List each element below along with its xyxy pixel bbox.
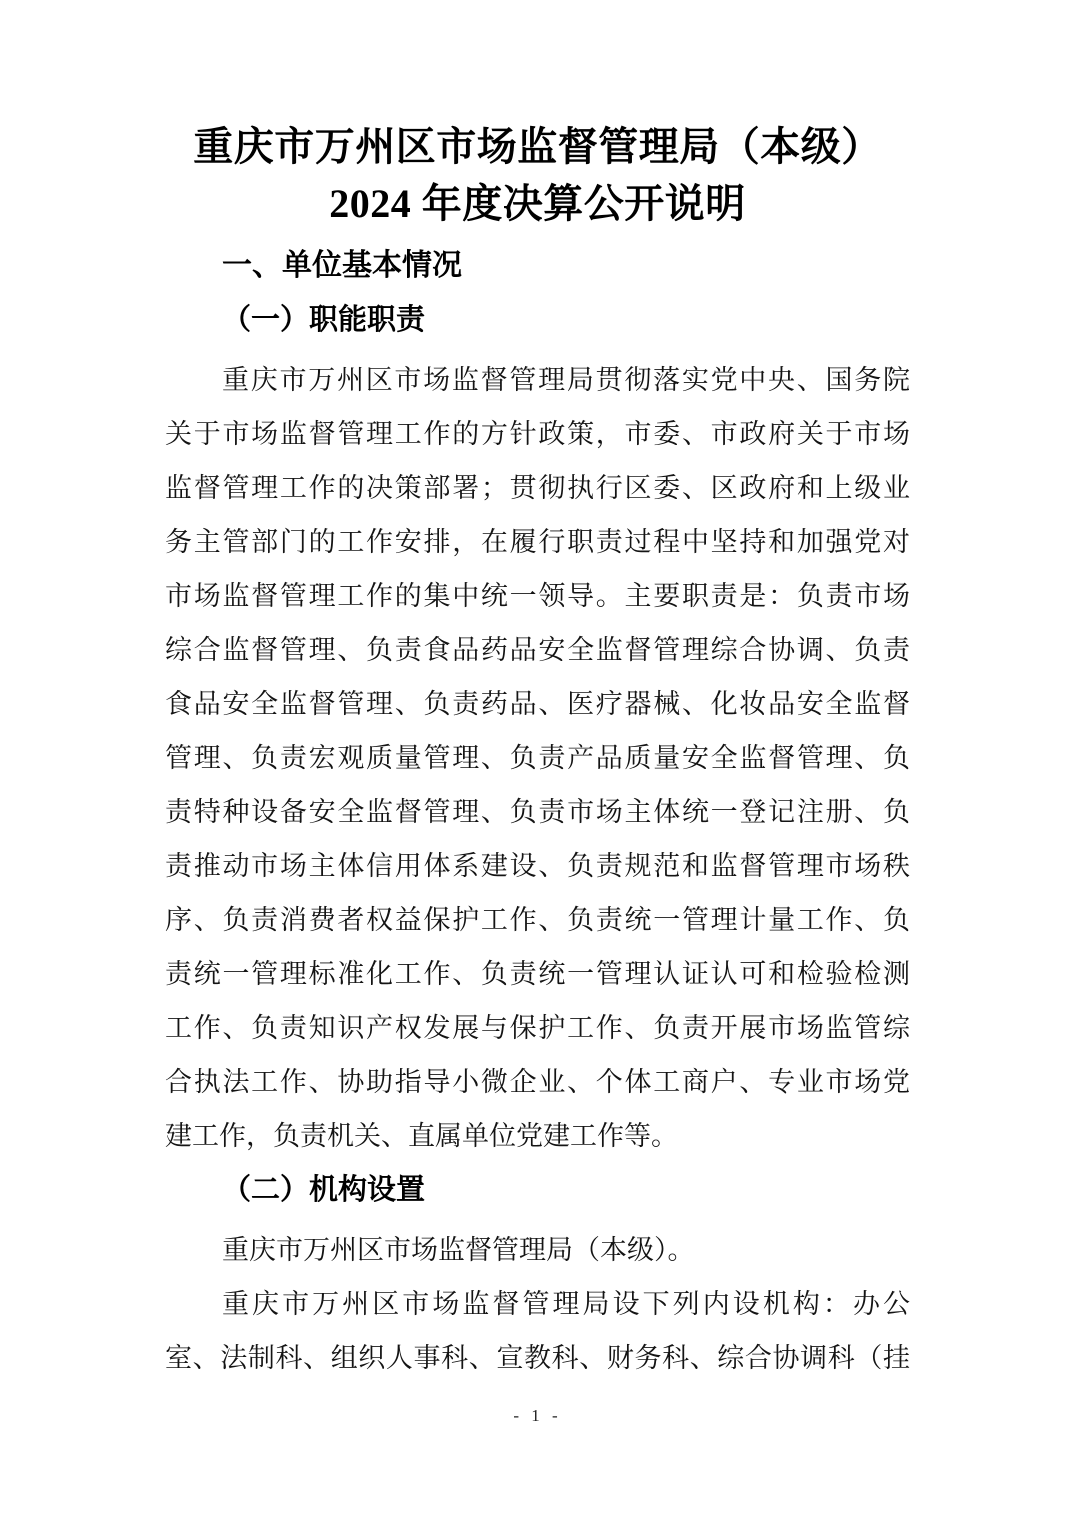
- text-line: 重庆市万州区市场监督管理局设下列内设机构：办公: [165, 1277, 910, 1331]
- text-line: 合执法工作、协助指导小微企业、个体工商户、专业市场党: [165, 1055, 910, 1109]
- document-title-line2: 2024 年度决算公开说明: [165, 175, 910, 232]
- text-line: 建工作，负责机关、直属单位党建工作等。: [165, 1109, 910, 1163]
- text-line: 责特种设备安全监督管理、负责市场主体统一登记注册、负: [165, 785, 910, 839]
- text-line: 室、法制科、组织人事科、宣教科、财务科、综合协调科（挂: [165, 1331, 910, 1385]
- section-heading: 一、单位基本情况: [165, 239, 910, 293]
- subsection-heading: （一）职能职责: [165, 293, 910, 347]
- page-number: - 1 -: [0, 1406, 1075, 1426]
- document-page: 重庆市万州区市场监督管理局（本级） 2024 年度决算公开说明 一、单位基本情况…: [0, 0, 1075, 1520]
- paragraph: 重庆市万州区市场监督管理局贯彻落实党中央、国务院关于市场监督管理工作的方针政策，…: [165, 353, 910, 1163]
- text-line: 监督管理工作的决策部署；贯彻执行区委、区政府和上级业: [165, 461, 910, 515]
- text-line: 关于市场监督管理工作的方针政策，市委、市政府关于市场: [165, 407, 910, 461]
- paragraph: 重庆市万州区市场监督管理局（本级）。: [165, 1223, 910, 1277]
- paragraph: 重庆市万州区市场监督管理局设下列内设机构：办公室、法制科、组织人事科、宣教科、财…: [165, 1277, 910, 1385]
- text-line: 重庆市万州区市场监督管理局（本级）。: [165, 1223, 910, 1277]
- text-line: 综合监督管理、负责食品药品安全监督管理综合协调、负责: [165, 623, 910, 677]
- text-line: 工作、负责知识产权发展与保护工作、负责开展市场监管综: [165, 1001, 910, 1055]
- text-line: 责统一管理标准化工作、负责统一管理认证认可和检验检测: [165, 947, 910, 1001]
- document-title: 重庆市万州区市场监督管理局（本级） 2024 年度决算公开说明: [165, 118, 910, 232]
- document-title-line1: 重庆市万州区市场监督管理局（本级）: [165, 118, 910, 175]
- text-line: 序、负责消费者权益保护工作、负责统一管理计量工作、负: [165, 893, 910, 947]
- text-line: 务主管部门的工作安排，在履行职责过程中坚持和加强党对: [165, 515, 910, 569]
- text-line: 食品安全监督管理、负责药品、医疗器械、化妆品安全监督: [165, 677, 910, 731]
- subsection-heading: （二）机构设置: [165, 1163, 910, 1217]
- text-line: 重庆市万州区市场监督管理局贯彻落实党中央、国务院: [165, 353, 910, 407]
- text-line: 责推动市场主体信用体系建设、负责规范和监督管理市场秩: [165, 839, 910, 893]
- document-body: 一、单位基本情况（一）职能职责重庆市万州区市场监督管理局贯彻落实党中央、国务院关…: [165, 239, 910, 1385]
- text-line: 管理、负责宏观质量管理、负责产品质量安全监督管理、负: [165, 731, 910, 785]
- document-content: 重庆市万州区市场监督管理局（本级） 2024 年度决算公开说明 一、单位基本情况…: [0, 118, 1075, 1385]
- text-line: 市场监督管理工作的集中统一领导。主要职责是：负责市场: [165, 569, 910, 623]
